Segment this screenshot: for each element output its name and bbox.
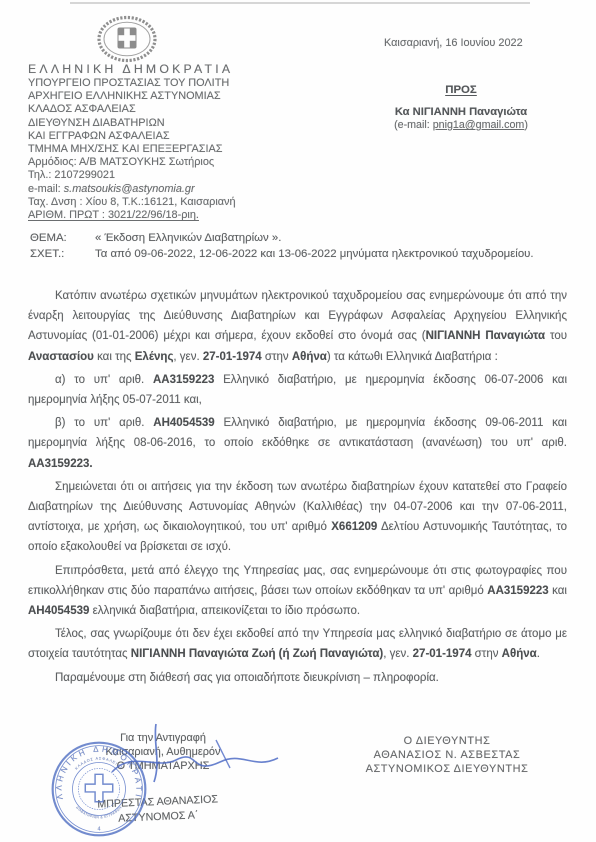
letterhead-headquarters: ΑΡΧΗΓΕΙΟ ΕΛΛΗΝΙΚΗΣ ΑΣΤΥΝΟΜΙΑΣ [28, 90, 318, 103]
letterhead-phone: Τηλ.: 2107299021 [28, 169, 318, 182]
sender-email: s.matsoukis@astynomia.gr [64, 183, 195, 195]
body-paragraph-intro: Κατόπιν ανωτέρω σχετικών μηνυμάτων ηλεκτ… [28, 286, 567, 367]
body-paragraph-note: Σημειώνεται ότι οι αιτήσεις για την έκδο… [28, 477, 567, 558]
scanned-letter-page: ΕΛΛΗΝΙΚΗ ΔΗΜΟΚΡΑΤΙΑ ΥΠΟΥΡΓΕΙΟ ΠΡΟΣΤΑΣΙΑΣ… [0, 0, 596, 842]
recipient-email-line: (e-mail: pnig1a@gmail.com) [366, 119, 556, 132]
letterhead-address: Ταχ. Δνση : Χίου 8, Τ.Κ.:16121, Καισαρια… [28, 196, 318, 209]
reference-row: ΣΧΕΤ.: Τα από 09-06-2022, 12-06-2022 και… [30, 247, 570, 263]
letter-body: Κατόπιν ανωτέρω σχετικών μηνυμάτων ηλεκτ… [28, 286, 567, 688]
letterhead-directorate-2: ΚΑΙ ΕΓΓΡΑΦΩΝ ΑΣΦΑΛΕΙΑΣ [28, 130, 318, 143]
reference-label: ΣΧΕΤ.: [30, 247, 64, 263]
body-paragraph-item-a: α) το υπ' αριθ. ΑΑ3159223 Ελληνικό διαβα… [28, 370, 567, 410]
director-rank: ΑΣΤΥΝΟΜΙΚΟΣ ΔΙΕΥΘΥΝΤΗΣ [342, 762, 552, 776]
stamp-number: 4 [98, 827, 101, 833]
recipient-heading: ΠΡΟΣ [366, 84, 556, 96]
body-paragraph-item-b: β) το υπ' αριθ. ΑΗ4054539 Ελληνικό διαβα… [28, 413, 567, 474]
letterhead-email-line: e-mail: s.matsoukis@astynomia.gr [28, 183, 318, 196]
letterhead-ministry: ΥΠΟΥΡΓΕΙΟ ΠΡΟΣΤΑΣΙΑΣ ΤΟΥ ΠΟΛΙΤΗ [28, 77, 318, 90]
recipient-name: Κα ΝΙΓΙΑΝΝΗ Παναγιώτα [366, 106, 556, 119]
protocol-number: ΑΡΙΘΜ. ΠΡΩΤ : 3021/22/96/18-ριη. [28, 209, 318, 222]
body-paragraph-closing: Παραμένουμε στη διάθεσή σας για οποιαδήπ… [28, 668, 567, 688]
reference-text: Τα από 09-06-2022, 12-06-2022 και 13-06-… [95, 248, 534, 260]
letterhead: ΕΛΛΗΝΙΚΗ ΔΗΜΟΚΡΑΤΙΑ ΥΠΟΥΡΓΕΙΟ ΠΡΟΣΤΑΣΙΑΣ… [28, 62, 318, 222]
subject-label: ΘΕΜΑ: [30, 231, 67, 247]
recipient-email-prefix: (e-mail: [394, 119, 433, 131]
date-place: Καισαριανή, 16 Ιουνίου 2022 [384, 37, 523, 49]
letterhead-directorate: ΔΙΕΥΘΥΝΣΗ ΔΙΑΒΑΤΗΡΙΩΝ [28, 117, 318, 130]
letterhead-republic: ΕΛΛΗΝΙΚΗ ΔΗΜΟΚΡΑΤΙΑ [28, 62, 318, 76]
letterhead-branch: ΚΛΑΔΟΣ ΑΣΦΑΛΕΙΑΣ [28, 103, 318, 116]
scan-artifact-line [70, 2, 530, 4]
director-signature-block: Ο ΔΙΕΥΘΥΝΤΗΣ ΑΘΑΝΑΣΙΟΣ Ν. ΑΣΒΕΣΤΑΣ ΑΣΤΥΝ… [342, 734, 552, 777]
recipient-email-suffix: ) [524, 119, 528, 131]
subject-row: ΘΕΜΑ: « Έκδοση Ελληνικών Διαβατηρίων ». [30, 231, 570, 247]
body-paragraph-final: Τέλος, σας γνωρίζουμε ότι δεν έχει εκδοθ… [28, 624, 567, 664]
director-title: Ο ΔΙΕΥΘΥΝΤΗΣ [342, 734, 552, 748]
recipient-email: pnig1a@gmail.com [433, 119, 525, 131]
letterhead-department: ΤΜΗΜΑ ΜΗΧ/ΣΗΣ ΚΑΙ ΕΠΕΞΕΡΓΑΣΙΑΣ [28, 143, 318, 156]
handwritten-signature [104, 718, 304, 808]
body-paragraph-additional: Επιπρόσθετα, μετά από έλεγχο της Υπηρεσί… [28, 561, 567, 622]
recipient-block: ΠΡΟΣ Κα ΝΙΓΙΑΝΝΗ Παναγιώτα (e-mail: pnig… [366, 84, 556, 132]
subject-block: ΘΕΜΑ: « Έκδοση Ελληνικών Διαβατηρίων ». … [30, 231, 570, 263]
email-label: e-mail: [28, 183, 61, 195]
director-name: ΑΘΑΝΑΣΙΟΣ Ν. ΑΣΒΕΣΤΑΣ [342, 748, 552, 762]
hellenic-republic-emblem-icon [96, 15, 158, 63]
subject-text: « Έκδοση Ελληνικών Διαβατηρίων ». [95, 232, 281, 244]
letterhead-contact-person: Αρμόδιος: Α/Β ΜΑΤΣΟΥΚΗΣ Σωτήριος [28, 156, 318, 169]
